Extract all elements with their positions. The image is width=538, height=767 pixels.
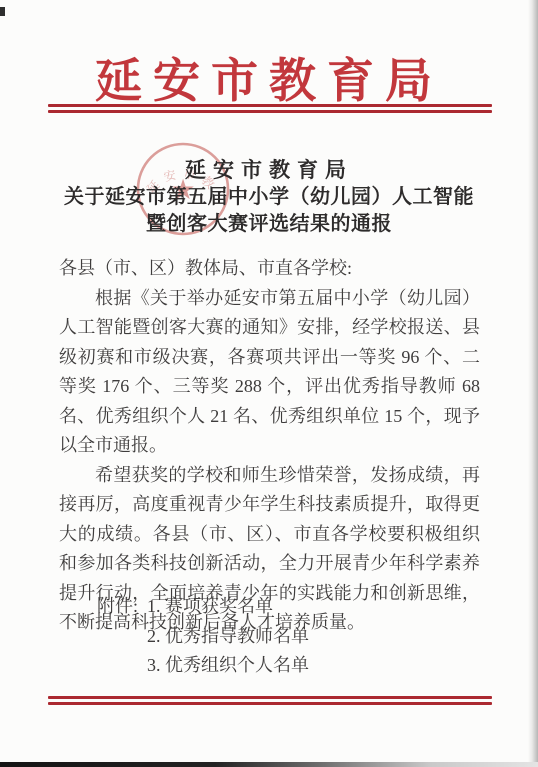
attachments-label: 附件: <box>97 592 138 681</box>
attachment-item: 3. 优秀组织个人名单 <box>147 651 309 681</box>
attachment-item: 1. 赛项获奖名单 <box>147 592 309 622</box>
attachments-list: 1. 赛项获奖名单 2. 优秀指导教师名单 3. 优秀组织个人名单 <box>147 592 309 681</box>
title-line-2: 关于延安市第五届中小学（幼儿园）人工智能 <box>40 184 498 211</box>
scan-edge-shadow-bottom <box>0 762 538 767</box>
divider-line <box>48 104 492 107</box>
title-line-1: 延安市教育局 <box>40 157 498 184</box>
divider-line <box>48 110 492 113</box>
divider-line <box>48 696 492 699</box>
agency-masthead: 延安市教育局 <box>0 44 538 111</box>
divider-line <box>48 702 492 705</box>
attachments-section: 附件: 1. 赛项获奖名单 2. 优秀指导教师名单 3. 优秀组织个人名单 <box>59 592 480 681</box>
attachment-item: 2. 优秀指导教师名单 <box>147 622 309 652</box>
document-page: 延安市教育局 延安市教育局 ★ 延安市教育局 关于延安市第五届中小学（幼儿园）人… <box>0 0 538 767</box>
title-line-3: 暨创客大赛评选结果的通报 <box>40 211 498 238</box>
salutation: 各县（市、区）教体局、市直各学校: <box>59 254 480 284</box>
document-title: 延安市教育局 关于延安市第五届中小学（幼儿园）人工智能 暨创客大赛评选结果的通报 <box>40 157 498 238</box>
scan-edge-shadow-right <box>528 0 538 767</box>
footer-divider <box>48 696 492 705</box>
scan-corner-mark <box>0 7 5 16</box>
document-body: 各县（市、区）教体局、市直各学校: 根据《关于举办延安市第五届中小学（幼儿园）人… <box>59 254 480 638</box>
header-divider <box>48 104 492 113</box>
paragraph-results: 根据《关于举办延安市第五届中小学（幼儿园）人工智能暨创客大赛的通知》安排，经学校… <box>59 284 480 461</box>
